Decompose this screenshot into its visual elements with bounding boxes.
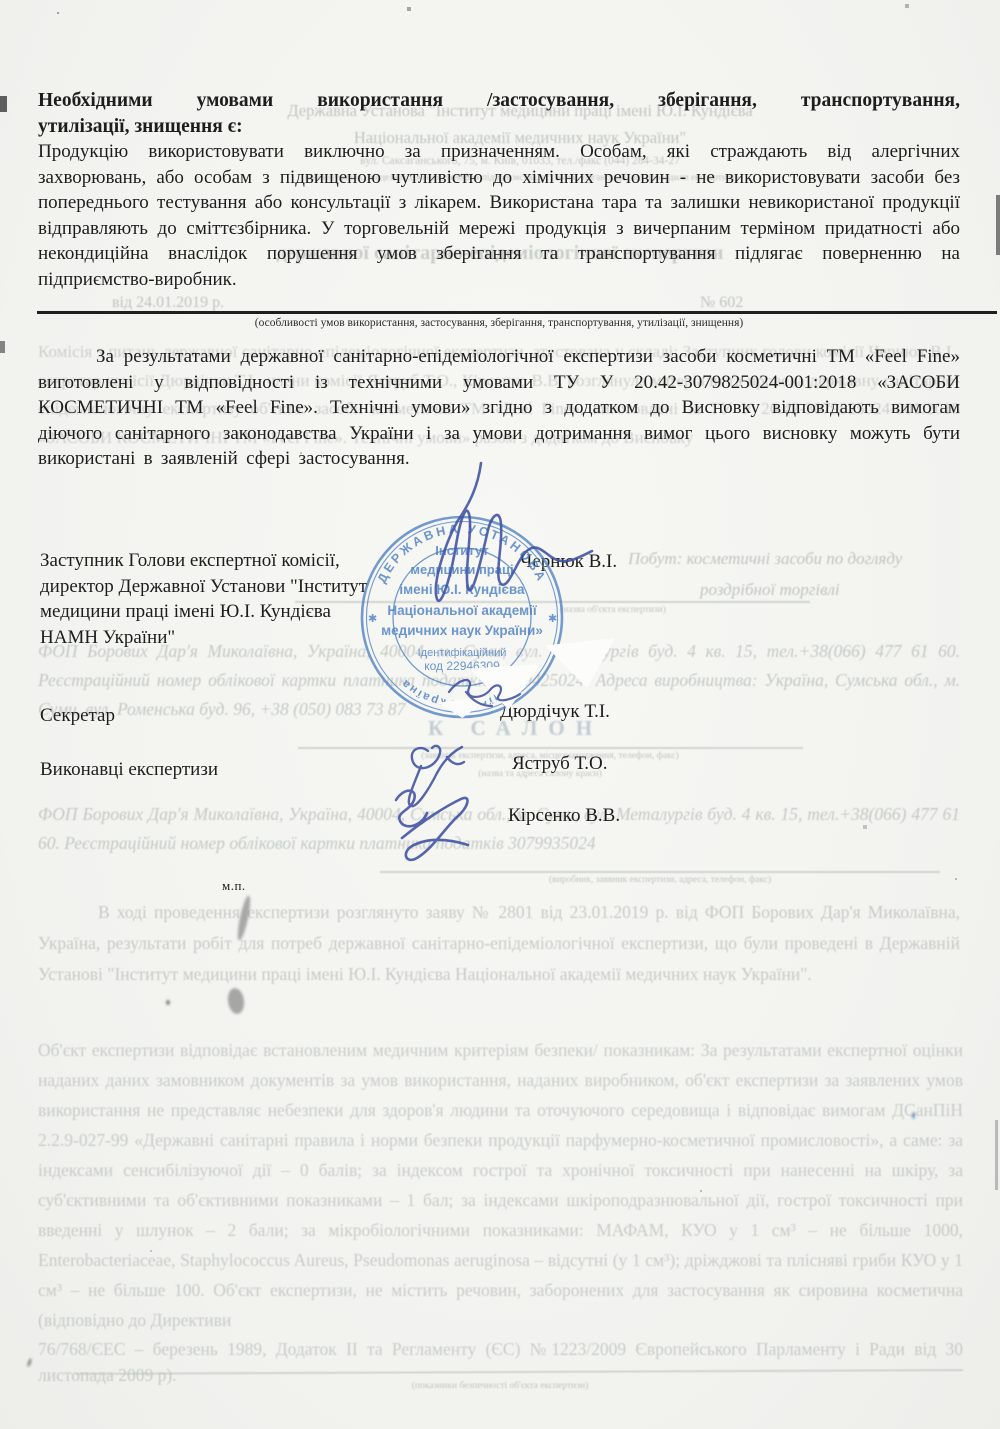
deputy-head-label: Заступник Голови експертної комісії, дир…	[40, 548, 375, 650]
signature-chernyuk	[436, 463, 592, 601]
ghost-producer-rule	[380, 871, 940, 873]
right-edge-mark-1	[996, 195, 1000, 255]
stamp-star-right-icon: ✱	[548, 613, 557, 625]
document-heading: Необхідними умовами використання /застос…	[38, 88, 960, 140]
seal-place-mark: м.п.	[222, 878, 246, 894]
executor-name-2: Кірсенко В.В.	[508, 805, 620, 827]
section-divider-rule	[37, 311, 997, 314]
ghost-applicant-rule	[298, 747, 803, 749]
secretary-name: Дюрдічук Т.І.	[500, 701, 610, 723]
ghost-producer-caption: (виробник, заявник експертизи, адреса, т…	[420, 875, 900, 885]
ghost-object-line1: Побут: косметичні засоби по догляду	[628, 546, 960, 572]
corner-tick	[27, 1358, 33, 1367]
stamp-line-2: медицини праці	[410, 562, 513, 577]
heading-line-2: утилізації, знищення є:	[38, 114, 960, 140]
stamp-line-4: Національної академії	[387, 603, 537, 618]
stamp-line-3: імені Ю.І. Кундієва	[399, 582, 525, 597]
ink-smudge-2	[226, 987, 245, 1015]
secretary-label: Секретар	[40, 703, 115, 729]
paper-specks	[0, 0, 2, 2]
executors-label: Виконавці експертизи	[40, 757, 218, 783]
ghost-producer-paragraph: ФОП Борових Дар'я Миколаївна, Україна, 4…	[38, 800, 960, 858]
stamp-line-5: медичних наук України»	[381, 623, 543, 638]
heading-line-1: Необхідними умовами використання /застос…	[38, 88, 960, 114]
stamp-line-1: Інститут	[435, 543, 489, 558]
ink-dot	[166, 1000, 170, 1005]
scanned-document-page: Державна Установа "Інститут медицини пра…	[0, 0, 1000, 1429]
right-edge-mark-2	[995, 1120, 998, 1190]
ghost-object-caption: (назва об'єкта експертизи)	[560, 605, 820, 615]
executor-name-1: Яструб Т.О.	[512, 753, 607, 775]
deputy-head-name: Чернюк В.І.	[520, 551, 617, 573]
conditions-paragraph: Продукцію використовувати виключно за пр…	[38, 139, 960, 292]
ghost-review-paragraph: В ході проведення експертизи розглянуто …	[38, 897, 960, 990]
left-edge-mark-1	[0, 96, 7, 112]
conclusion-paragraph: За результатами державної санітарно-епід…	[38, 344, 960, 472]
divider-caption: (особливості умов використання, застосув…	[38, 317, 960, 329]
ghost-safety-caption: (показники безпечності об'єкта експертиз…	[300, 1381, 700, 1391]
blue-speck	[912, 1112, 915, 1119]
left-edge-mark-2	[0, 341, 5, 353]
ghost-safety-paragraph: Об'єкт експертизи відповідає встановлени…	[38, 1035, 963, 1335]
ghost-object-line2: роздрібної торгівлі	[700, 577, 840, 603]
